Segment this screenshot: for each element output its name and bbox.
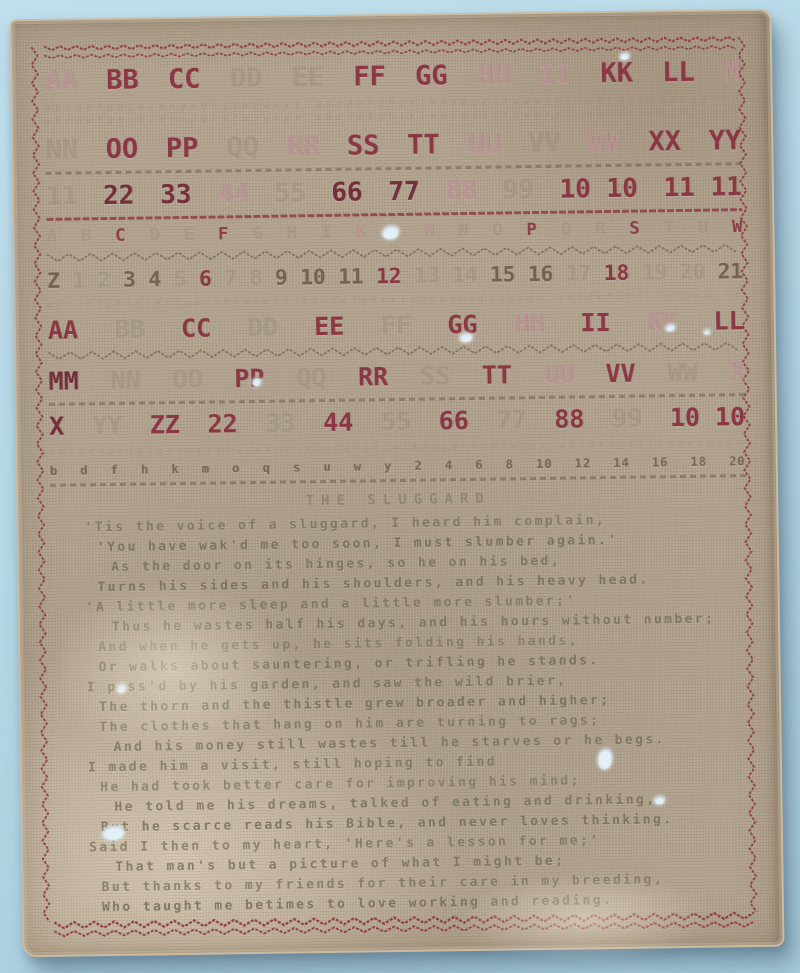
stitch-text: y [384,459,392,473]
stitch-text: C [115,226,126,246]
stitch-text: 10 10 [559,173,638,204]
stitch-text: WW [667,358,698,387]
stitch-text: 77 [496,405,527,434]
stitch-text: T [663,218,674,238]
stitch-text: KK [600,58,633,89]
stitch-text: 3 [123,268,136,292]
photo-background: { "artifact": { "kind": "embroidered alp… [0,0,800,973]
stitch-text: SS [420,362,451,391]
stitch-text: Z [47,269,60,293]
stitch-text: 15 [490,262,516,286]
stitch-text: 6 [475,458,483,472]
stitch-text: K [355,222,366,242]
stitch-text: NN [45,135,78,166]
stitch-text: ZZ [150,410,181,439]
stitch-text: 22 [103,180,135,210]
stitch-text: 14 [613,456,630,470]
stitch-text: 12 [575,456,592,470]
stitch-text: HH [514,309,545,338]
stitch-text: s [293,460,301,474]
stitch-text: 11 11 [663,172,742,203]
stitch-text: II [580,308,611,337]
sampler-row: XYYZZ223344556677889910 10 [49,402,745,441]
stitch-text: q [262,461,270,475]
stitch-text: 22 [207,409,238,438]
sampler-row: AABBCCDDEEFFGGHHIIKKLL [48,306,744,345]
stitch-text: f [110,463,118,477]
stitch-text: OO [105,134,138,165]
sampler-fabric: AABBCCDDEEFFGGHHIIKKLLMabcdefghiklmnopqr… [9,9,784,958]
stitch-text: 10 [300,265,326,289]
stitch-text: 11 [338,264,364,288]
stitched-zigzag-red [44,35,740,60]
stitch-text: TT [482,361,513,390]
stitch-text: 55 [381,406,412,435]
stitch-text: 11 [46,181,78,211]
stitch-text: 8 [506,457,514,471]
stitch-text: 10 [536,457,553,471]
stitch-text: 55 [274,178,306,208]
stitch-text: YY [708,125,741,156]
stitch-text: 18 [604,261,630,285]
stitch-text: 33 [265,408,296,437]
stitch-text: P [526,220,537,240]
stitch-text: N [458,221,469,241]
stitch-text: W [732,217,743,237]
stitch-text: PP [166,133,199,164]
stitch-text: o [232,461,240,475]
stitch-text: 2 [98,268,111,292]
stitch-text: TT [407,130,440,161]
sampler-row: 11223344556677889910 1011 11 [46,172,742,212]
stitch-text: BB [114,315,145,344]
stitch-text: M [724,56,741,87]
stitch-text: KK [647,307,678,336]
stitch-text: RR [358,363,389,392]
stitch-text: 2 [414,458,422,472]
stitch-text: EE [291,62,324,93]
stitch-text: QQ [226,132,259,163]
stitch-text: QQ [296,363,327,392]
stitch-text: AA [48,316,79,345]
stitch-text: 66 [438,406,469,435]
stitch-text: LL [662,57,695,88]
stitch-text: VV [605,359,636,388]
stitch-text: FF [353,61,386,92]
stitch-text: A [46,226,57,246]
stitch-text: 16 [652,455,669,469]
stitch-text: u [323,460,331,474]
stitch-text: 6 [199,267,212,291]
stitch-text: B [81,226,92,246]
stitch-text: GG [415,60,448,91]
stitch-text: X [49,411,64,440]
stitch-text: O [492,220,503,240]
stitch-text: 12 [376,264,402,288]
alphabet-rows: AABBCCDDEEFFGGHHIIKKLLMabcdefghiklmnopqr… [44,35,746,487]
stitch-text: DD [229,63,262,94]
stitch-text: U [698,217,709,237]
stitch-text: 1 [72,268,85,292]
stitch-text: 5 [174,267,187,291]
stitch-text: 18 [690,455,707,469]
stitch-text: RR [286,131,319,162]
stitch-text: 17 [566,261,592,285]
stitch-text: UU [543,360,574,389]
stitch-text: h [141,462,149,476]
stitch-text: E [183,225,194,245]
stitch-text: MM [48,367,79,396]
stitch-text: 9 [275,265,288,289]
stitch-text: 20 [729,454,746,468]
stitch-text: 99 [502,175,534,205]
stitch-text: CC [181,314,212,343]
stitch-text: II [538,59,571,90]
stitch-text: 8 [249,266,262,290]
stitch-text: NN [110,366,141,395]
stitch-text: 4 [445,458,453,472]
stitch-text: LL [713,306,744,335]
sampler-row: Z123456789101112131415161718192021 [47,259,743,293]
stitch-text: BB [106,65,139,96]
stitch-text: D [149,225,160,245]
stitch-text: 88 [445,175,477,205]
stitch-text: OO [172,365,203,394]
stitch-text: HH [477,60,510,91]
stitch-text: 88 [554,404,585,433]
stitch-text: 44 [217,179,249,209]
stitch-text: 20 [680,260,706,284]
stitch-text: UU [467,129,500,160]
stitch-text: VV [528,128,561,159]
stitch-text: 7 [224,266,237,290]
stitch-text: Q [561,219,572,239]
faded-stitch-band: abcdefghiklmnopqrstuvwxyz abcdefghiklmno… [45,93,741,129]
stitch-text: G [252,224,263,244]
stitch-text: X [729,358,744,387]
stitch-text: DD [247,313,278,342]
stitch-text: EE [314,312,345,341]
stitch-text: 10 10 [670,402,746,432]
stitch-text: WW [588,127,621,158]
stitch-text: 19 [642,260,668,284]
stitch-text: CC [168,64,201,95]
stitch-text: 44 [323,407,354,436]
stitch-text: H [286,223,297,243]
stitch-text: 99 [612,403,643,432]
stitch-text: YY [92,410,123,439]
stitch-text: R [595,219,606,239]
sampler-row: AABBCCDDEEFFGGHHIIKKLLM [44,56,740,97]
stitch-text: 13 [414,263,440,287]
stitch-text: m [202,461,210,475]
stitch-text: SS [347,131,380,162]
stitch-text: M [423,221,434,241]
stitch-text: FF [380,311,411,340]
sampler-row: MMNNOOPPQQRRSSTTUUVVWWX [48,358,744,397]
stitch-text: F [218,224,229,244]
verse-title: THE SLUGGARD [50,487,746,513]
stitch-text: S [629,218,640,238]
stitch-text: k [171,462,179,476]
stitch-text: AA [44,66,77,97]
stitch-text: d [80,463,88,477]
stitch-text: 4 [148,267,161,291]
sampler-row: bdfhkmoqsuwy2468101214161820 [50,454,746,478]
sampler-row: NNOOPPQQRRSSTTUUVVWWXXYY [45,125,741,166]
stitch-text: 33 [160,179,192,209]
stitch-text: 77 [388,176,420,206]
sampler-content: AABBCCDDEEFFGGHHIIKKLLMabcdefghiklmnopqr… [44,35,752,921]
stitch-text: I [321,223,332,243]
stitch-text: b [50,464,58,478]
stitch-text: 14 [452,263,478,287]
stitch-text: 21 [718,259,744,283]
stitch-text: 66 [331,177,363,207]
stitch-text: w [354,459,362,473]
stitch-text: 16 [528,262,554,286]
stitch-text: XX [648,126,681,157]
